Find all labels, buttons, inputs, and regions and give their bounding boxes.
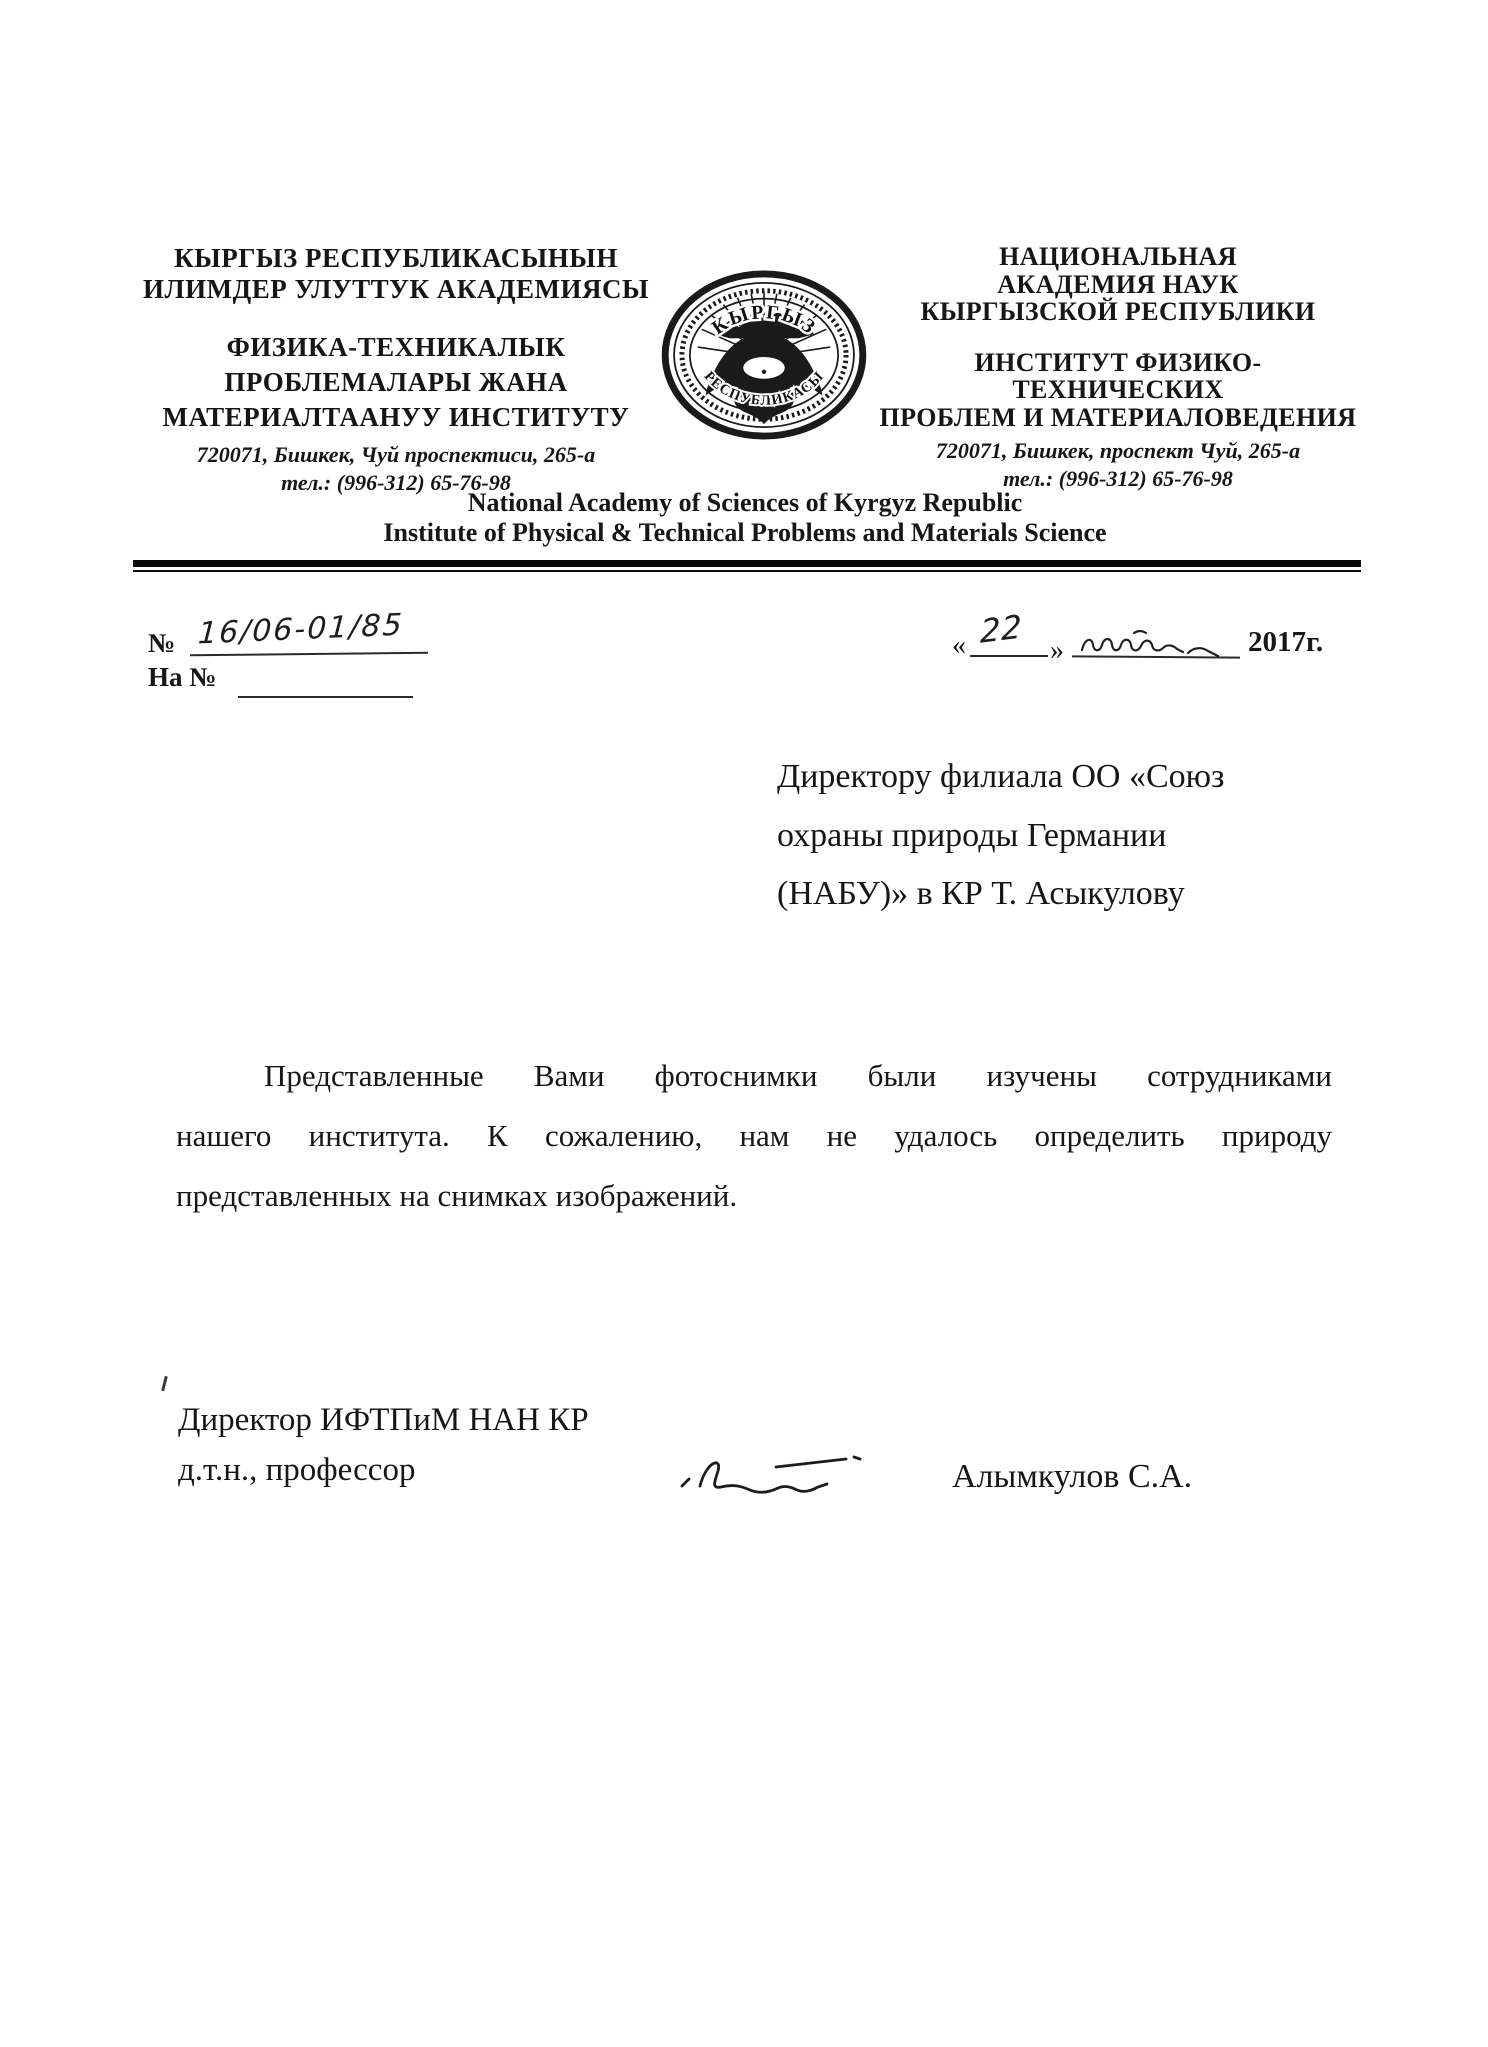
address-block-russian: 720071, Бишкек, проспект Чуй, 265-а тел.… [873,437,1363,492]
institute-name-russian-line1: ИНСТИТУТ ФИЗИКО-ТЕХНИЧЕСКИХ [873,349,1363,404]
date-year: 2017г. [1248,626,1323,659]
signatory-name: Алымкулов С.А. [952,1458,1192,1496]
date-close-quote: » [1050,635,1064,667]
addressee-line2: охраны природы Германии [777,807,1242,866]
body-line2: нашего института. К сожалению, нам не уд… [176,1106,1332,1166]
signature-title-line2: д.т.н., профессор [178,1452,415,1489]
addressee-block: Директору филиала ОО «Союз охраны природ… [777,748,1242,924]
ref-number-underline [190,652,428,656]
scanned-letter-page: КЫРГЫЗ РЕСПУБЛИКАСЫНЫН ИЛИМДЕР УЛУТТУК А… [0,0,1488,2047]
org-name-russian-line3: КЫРГЫЗСКОЙ РЕСПУБЛИКИ [873,298,1363,326]
institute-name-kyrgyz-line2: ПРОБЛЕМАЛАРЫ ЖАНА [126,365,666,400]
institute-name-english: Institute of Physical & Technical Proble… [130,518,1360,548]
ref-number-handwritten: 16/06-01/85 [197,607,405,651]
institute-name-russian-line2: ПРОБЛЕМ И МАТЕРИАЛОВЕДЕНИЯ [873,404,1363,432]
emblem-eagle-dot [762,370,766,374]
date-day-underline [970,655,1048,657]
institute-name-kyrgyz-line1: ФИЗИКА-ТЕХНИКАЛЫК [126,330,666,365]
reply-number-label: На № [148,662,216,693]
letterhead-english-block: National Academy of Sciences of Kyrgyz R… [130,488,1360,548]
institute-name-kyrgyz-line3: МАТЕРИАЛТААНУУ ИНСТИТУТУ [126,400,666,435]
kyrgyz-state-emblem-icon: КЫРГЫЗ РЕСПУБЛИКАСЫ [660,270,868,440]
reply-number-underline [238,696,413,698]
date-day-handwritten: 22 [980,607,1023,651]
institute-name-kyrgyz: ФИЗИКА-ТЕХНИКАЛЫК ПРОБЛЕМАЛАРЫ ЖАНА МАТЕ… [126,330,666,435]
letterhead-left-block: КЫРГЫЗ РЕСПУБЛИКАСЫНЫН ИЛИМДЕР УЛУТТУК А… [126,243,666,496]
stray-ink-mark [161,1376,167,1391]
institute-name-russian: ИНСТИТУТ ФИЗИКО-ТЕХНИЧЕСКИХ ПРОБЛЕМ И МА… [873,349,1363,432]
address-line-kyrgyz: 720071, Бишкек, Чуй проспектиси, 265-а [126,441,666,469]
emblem-eagle-body [743,357,785,379]
letterhead-divider [133,560,1361,572]
address-line-russian: 720071, Бишкек, проспект Чуй, 265-а [873,437,1363,465]
signature-scribble [676,1444,911,1506]
org-name-russian-line2: АКАДЕМИЯ НАУК [873,271,1363,299]
body-line1: Представленные Вами фотоснимки были изуч… [176,1046,1332,1106]
org-name-english: National Academy of Sciences of Kyrgyz R… [130,488,1360,518]
addressee-line1: Директору филиала ОО «Союз [777,748,1242,807]
org-name-kyrgyz: КЫРГЫЗ РЕСПУБЛИКАСЫНЫН ИЛИМДЕР УЛУТТУК А… [126,243,666,305]
letterhead-right-block: НАЦИОНАЛЬНАЯ АКАДЕМИЯ НАУК КЫРГЫЗСКОЙ РЕ… [873,243,1363,492]
ref-number-label: № [148,628,175,659]
body-line3: представленных на снимках изображений. [176,1166,1332,1226]
org-name-russian: НАЦИОНАЛЬНАЯ АКАДЕМИЯ НАУК КЫРГЫЗСКОЙ РЕ… [873,243,1363,326]
org-name-russian-line1: НАЦИОНАЛЬНАЯ [873,243,1363,271]
addressee-line3: (НАБУ)» в КР Т. Асыкулову [777,865,1242,924]
org-name-kyrgyz-line1: КЫРГЫЗ РЕСПУБЛИКАСЫНЫН [126,243,666,274]
org-name-kyrgyz-line2: ИЛИМДЕР УЛУТТУК АКАДЕМИЯСЫ [126,274,666,305]
handwritten-month-scribble [1076,626,1236,660]
signature-title-line1: Директор ИФТПиМ НАН КР [178,1402,589,1439]
date-open-quote: « [952,630,966,662]
letter-body: Представленные Вами фотоснимки были изуч… [176,1046,1332,1226]
